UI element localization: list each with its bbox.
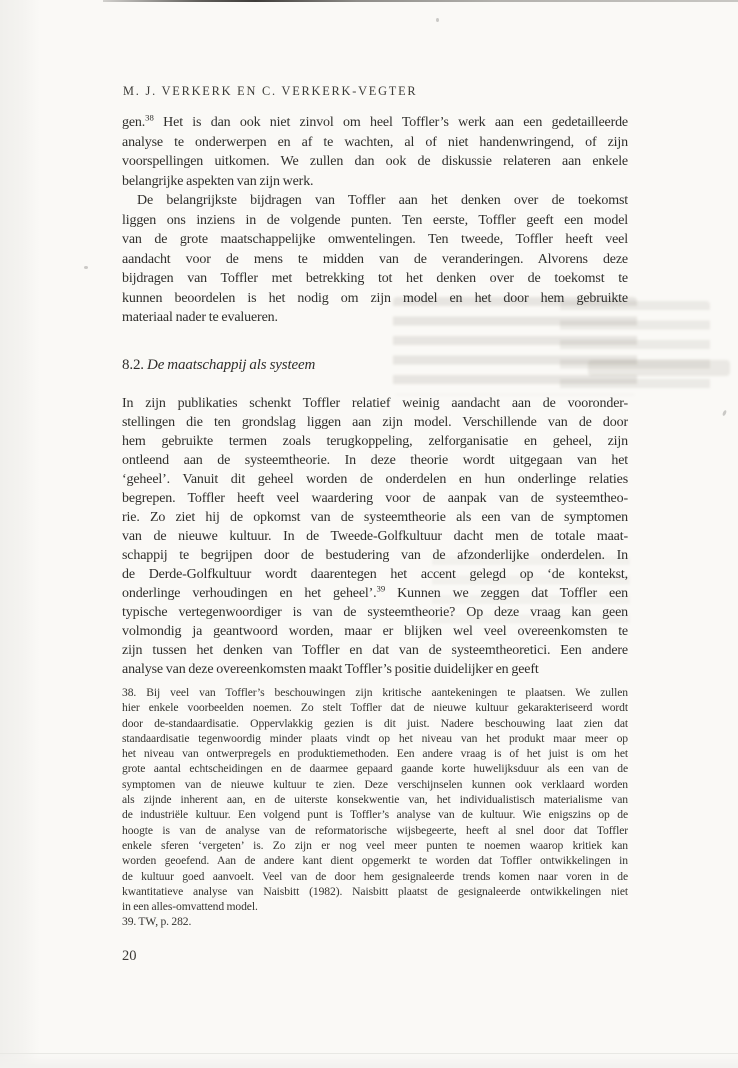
scan-edge-left-artifact (0, 0, 40, 1068)
text-line: hier enkele voorbeelden noemen. Zo stelt… (122, 700, 628, 715)
text-line: hem gebruikte termen zoals terugkoppelin… (122, 432, 628, 451)
text-line: belangrijke aspekten van zijn werk. (122, 172, 628, 192)
text-line: rie. Zo ziet hij de opkomst van de syste… (122, 508, 628, 527)
text-line: van de nieuwe kultuur. In de Tweede-Golf… (122, 527, 628, 546)
footnote-reference: 39 (377, 584, 386, 593)
scanned-page: M. J. VERKERK EN C. VERKERK-VEGTER gen.3… (0, 0, 738, 1068)
running-header: M. J. VERKERK EN C. VERKERK-VEGTER (123, 84, 417, 99)
text-line: aandacht voor de mens te midden van de v… (122, 250, 628, 270)
text-line: van de grote maatschappelijke omwentelin… (122, 230, 628, 250)
text-line: standaardisatie tegenwoordig minder plaa… (122, 731, 628, 746)
text-line: volmondig ja geantwoord worden, maar er … (122, 622, 628, 641)
text-line: schappij te begrijpen door de bestuderin… (122, 546, 628, 565)
text-line: kwantitatieve analyse van Naisbitt (1982… (122, 884, 628, 899)
text-line: onderlinge verhoudingen en het geheel’.3… (122, 584, 628, 603)
text-line: De belangrijkste bijdragen van Toffler a… (122, 191, 628, 211)
footnotes: 38. Bij veel van Toffler’s beschouwingen… (122, 685, 628, 930)
text-line: de Derde-Golfkultuur wordt daarentegen h… (122, 565, 628, 584)
text-line: de kultuur goed aanvoelt. Veel van de do… (122, 869, 628, 884)
paragraph: In zijn publikaties schenkt Toffler rela… (122, 394, 628, 679)
section-number: 8.2. (122, 357, 147, 373)
text-line: door de-standaardisatie. Oppervlakkig ge… (122, 716, 628, 731)
text-line: in een alles-omvattend model. (122, 899, 628, 914)
text-line: grote aantal echtscheidingen en de daarm… (122, 761, 628, 776)
text-line: analyse te onderwerpen en af te wachten,… (122, 133, 628, 153)
scan-speck-artifact (722, 410, 727, 417)
text-line: In zijn publikaties schenkt Toffler rela… (122, 394, 628, 413)
text-line: als zijnde inherent aan, en de uiterste … (122, 792, 628, 807)
text-line: de industriële kultuur. Een volgend punt… (122, 807, 628, 822)
scan-edge-bottom-artifact (0, 1053, 738, 1068)
text-line: 39. TW, p. 282. (122, 914, 628, 929)
text-line: hoogte is van de analyse van de reformat… (122, 823, 628, 838)
section-title: De maatschappij als systeem (147, 357, 315, 373)
text-line: ‘geheel’. Vanuit dit geheel worden de on… (122, 470, 628, 489)
paragraph: gen.38 Het is dan ook niet zinvol om hee… (122, 113, 628, 191)
text-line: stellingen die ten grondslag liggen aan … (122, 413, 628, 432)
text-line: ontleend aan de systeemtheorie. In deze … (122, 451, 628, 470)
paragraph: De belangrijkste bijdragen van Toffler a… (122, 191, 628, 328)
text-line: het niveau van ontwerpregels en produkti… (122, 746, 628, 761)
text-line: liggen ons inziens in de volgende punten… (122, 211, 628, 231)
text-line: symptomen van de nieuwe kultuur te zien.… (122, 777, 628, 792)
text-line: typische vertegenwoordiger is van de sys… (122, 603, 628, 622)
text-line: 38. Bij veel van Toffler’s beschouwingen… (122, 685, 628, 700)
footnote-reference: 38 (145, 113, 154, 122)
footnote: 38. Bij veel van Toffler’s beschouwingen… (122, 685, 628, 914)
text-line: analyse van deze overeenkomsten maakt To… (122, 660, 628, 679)
text-line: bijdragen van Toffler met betrekking tot… (122, 269, 628, 289)
footnote: 39. TW, p. 282. (122, 914, 628, 929)
body-text: gen.38 Het is dan ook niet zinvol om hee… (122, 113, 628, 679)
text-line: gen.38 Het is dan ook niet zinvol om hee… (122, 113, 628, 133)
page-number: 20 (122, 948, 137, 965)
text-line: voorspellingen uitkomen. We zullen dan o… (122, 152, 628, 172)
text-line: worden geoefend. Aan de andere kant dien… (122, 853, 628, 868)
section-heading: 8.2. De maatschappij als systeem (122, 355, 628, 375)
text-line: kunnen beoordelen is het nodig om zijn m… (122, 289, 628, 309)
scan-edge-top-artifact (103, 0, 738, 2)
scan-speck-artifact (84, 266, 88, 269)
text-line: enkele sferen ‘vergeten’ is. Zo zijn er … (122, 838, 628, 853)
text-line: materiaal nader te evalueren. (122, 308, 628, 328)
text-line: zijn tussen het denken van Toffler en da… (122, 641, 628, 660)
scan-speck-artifact (436, 18, 439, 22)
text-line: begrepen. Toffler heeft veel waardering … (122, 489, 628, 508)
